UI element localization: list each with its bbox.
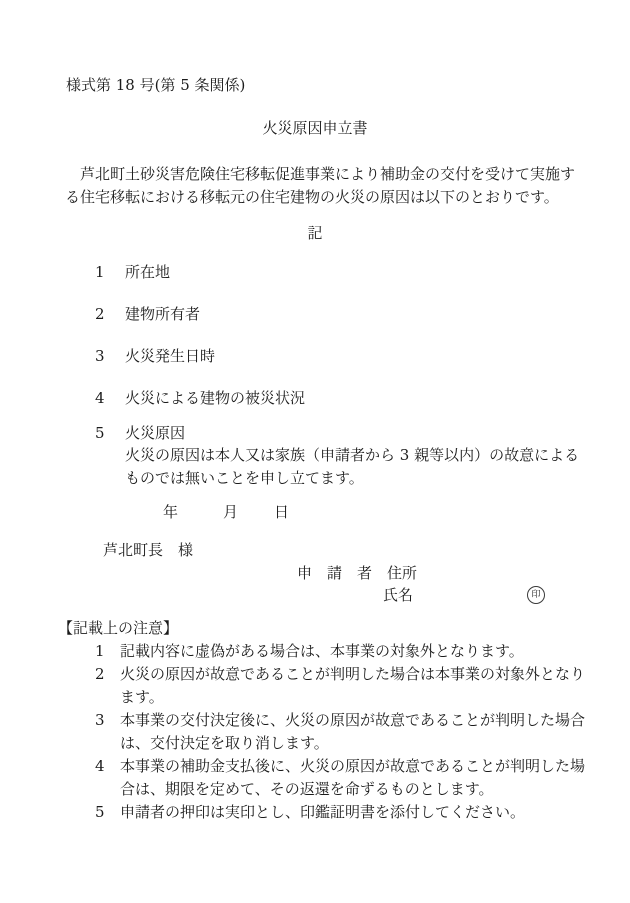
date-line: 年 月 日	[163, 501, 630, 523]
notes-heading: 【記載上の注意】	[58, 617, 630, 640]
note-number: 1	[95, 640, 120, 663]
note-number: 4	[95, 755, 120, 801]
year-label: 年	[163, 501, 178, 523]
note-row-4: 4 本事業の補助金支払後に、火災の原因が故意であることが判明した場合は、期限を定…	[0, 755, 630, 801]
document-page: 様式第 18 号(第 5 条関係) 火災原因申立書 芦北町土砂災害危険住宅移転促…	[0, 0, 630, 903]
day-label: 日	[274, 501, 289, 523]
note-row-5: 5 申請者の押印は実印とし、印鑑証明書を添付してください。	[0, 801, 630, 824]
item-label-location: 所在地	[125, 261, 170, 283]
seal-stamp-icon: 印	[527, 586, 545, 604]
item-label-damage-status: 火災による建物の被災状況	[125, 387, 305, 409]
form-number: 様式第 18 号(第 5 条関係)	[66, 74, 630, 96]
note-number: 2	[95, 663, 120, 709]
item-number: 2	[95, 303, 125, 325]
applicant-name-line: 氏名 印	[383, 584, 630, 606]
item-row-5: 5 火災原因	[0, 422, 630, 444]
item-row-3: 3 火災発生日時	[0, 345, 630, 367]
item-number: 4	[95, 387, 125, 409]
item-label-fire-datetime: 火災発生日時	[125, 345, 215, 367]
item-number: 1	[95, 261, 125, 283]
item-row-1: 1 所在地	[0, 261, 630, 283]
note-text: 本事業の交付決定後に、火災の原因が故意であることが判明した場合は、交付決定を取り…	[120, 709, 588, 755]
note-number: 3	[95, 709, 120, 755]
note-row-1: 1 記載内容に虚偽がある場合は、本事業の対象外となります。	[0, 640, 630, 663]
note-text: 記載内容に虚偽がある場合は、本事業の対象外となります。	[120, 640, 588, 663]
note-number: 5	[95, 801, 120, 824]
note-row-3: 3 本事業の交付決定後に、火災の原因が故意であることが判明した場合は、交付決定を…	[0, 709, 630, 755]
month-label: 月	[223, 501, 238, 523]
note-text: 本事業の補助金支払後に、火災の原因が故意であることが判明した場合は、期限を定めて…	[120, 755, 588, 801]
note-text: 申請者の押印は実印とし、印鑑証明書を添付してください。	[120, 801, 588, 824]
note-text: 火災の原因が故意であることが判明した場合は本事業の対象外となります。	[120, 663, 588, 709]
item-number: 3	[95, 345, 125, 367]
item-label-owner: 建物所有者	[125, 303, 200, 325]
page-title: 火災原因申立書	[0, 117, 630, 139]
item-row-2: 2 建物所有者	[0, 303, 630, 325]
item-row-4: 4 火災による建物の被災状況	[0, 387, 630, 409]
applicant-address-line: 申 請 者 住所	[297, 562, 630, 584]
fire-cause-statement: 火災の原因は本人又は家族（申請者から 3 親等以内）の故意によるものでは無いこと…	[125, 444, 589, 490]
item-number: 5	[95, 422, 125, 444]
notes-section: 【記載上の注意】 1 記載内容に虚偽がある場合は、本事業の対象外となります。 2…	[0, 617, 630, 824]
record-marker: 記	[0, 222, 630, 244]
intro-paragraph: 芦北町土砂災害危険住宅移転促進事業により補助金の交付を受けて実施する住宅移転にお…	[65, 163, 580, 209]
note-row-2: 2 火災の原因が故意であることが判明した場合は本事業の対象外となります。	[0, 663, 630, 709]
item-label-fire-cause: 火災原因	[125, 422, 185, 444]
addressee: 芦北町長 様	[103, 539, 630, 561]
name-label: 氏名	[383, 584, 413, 606]
